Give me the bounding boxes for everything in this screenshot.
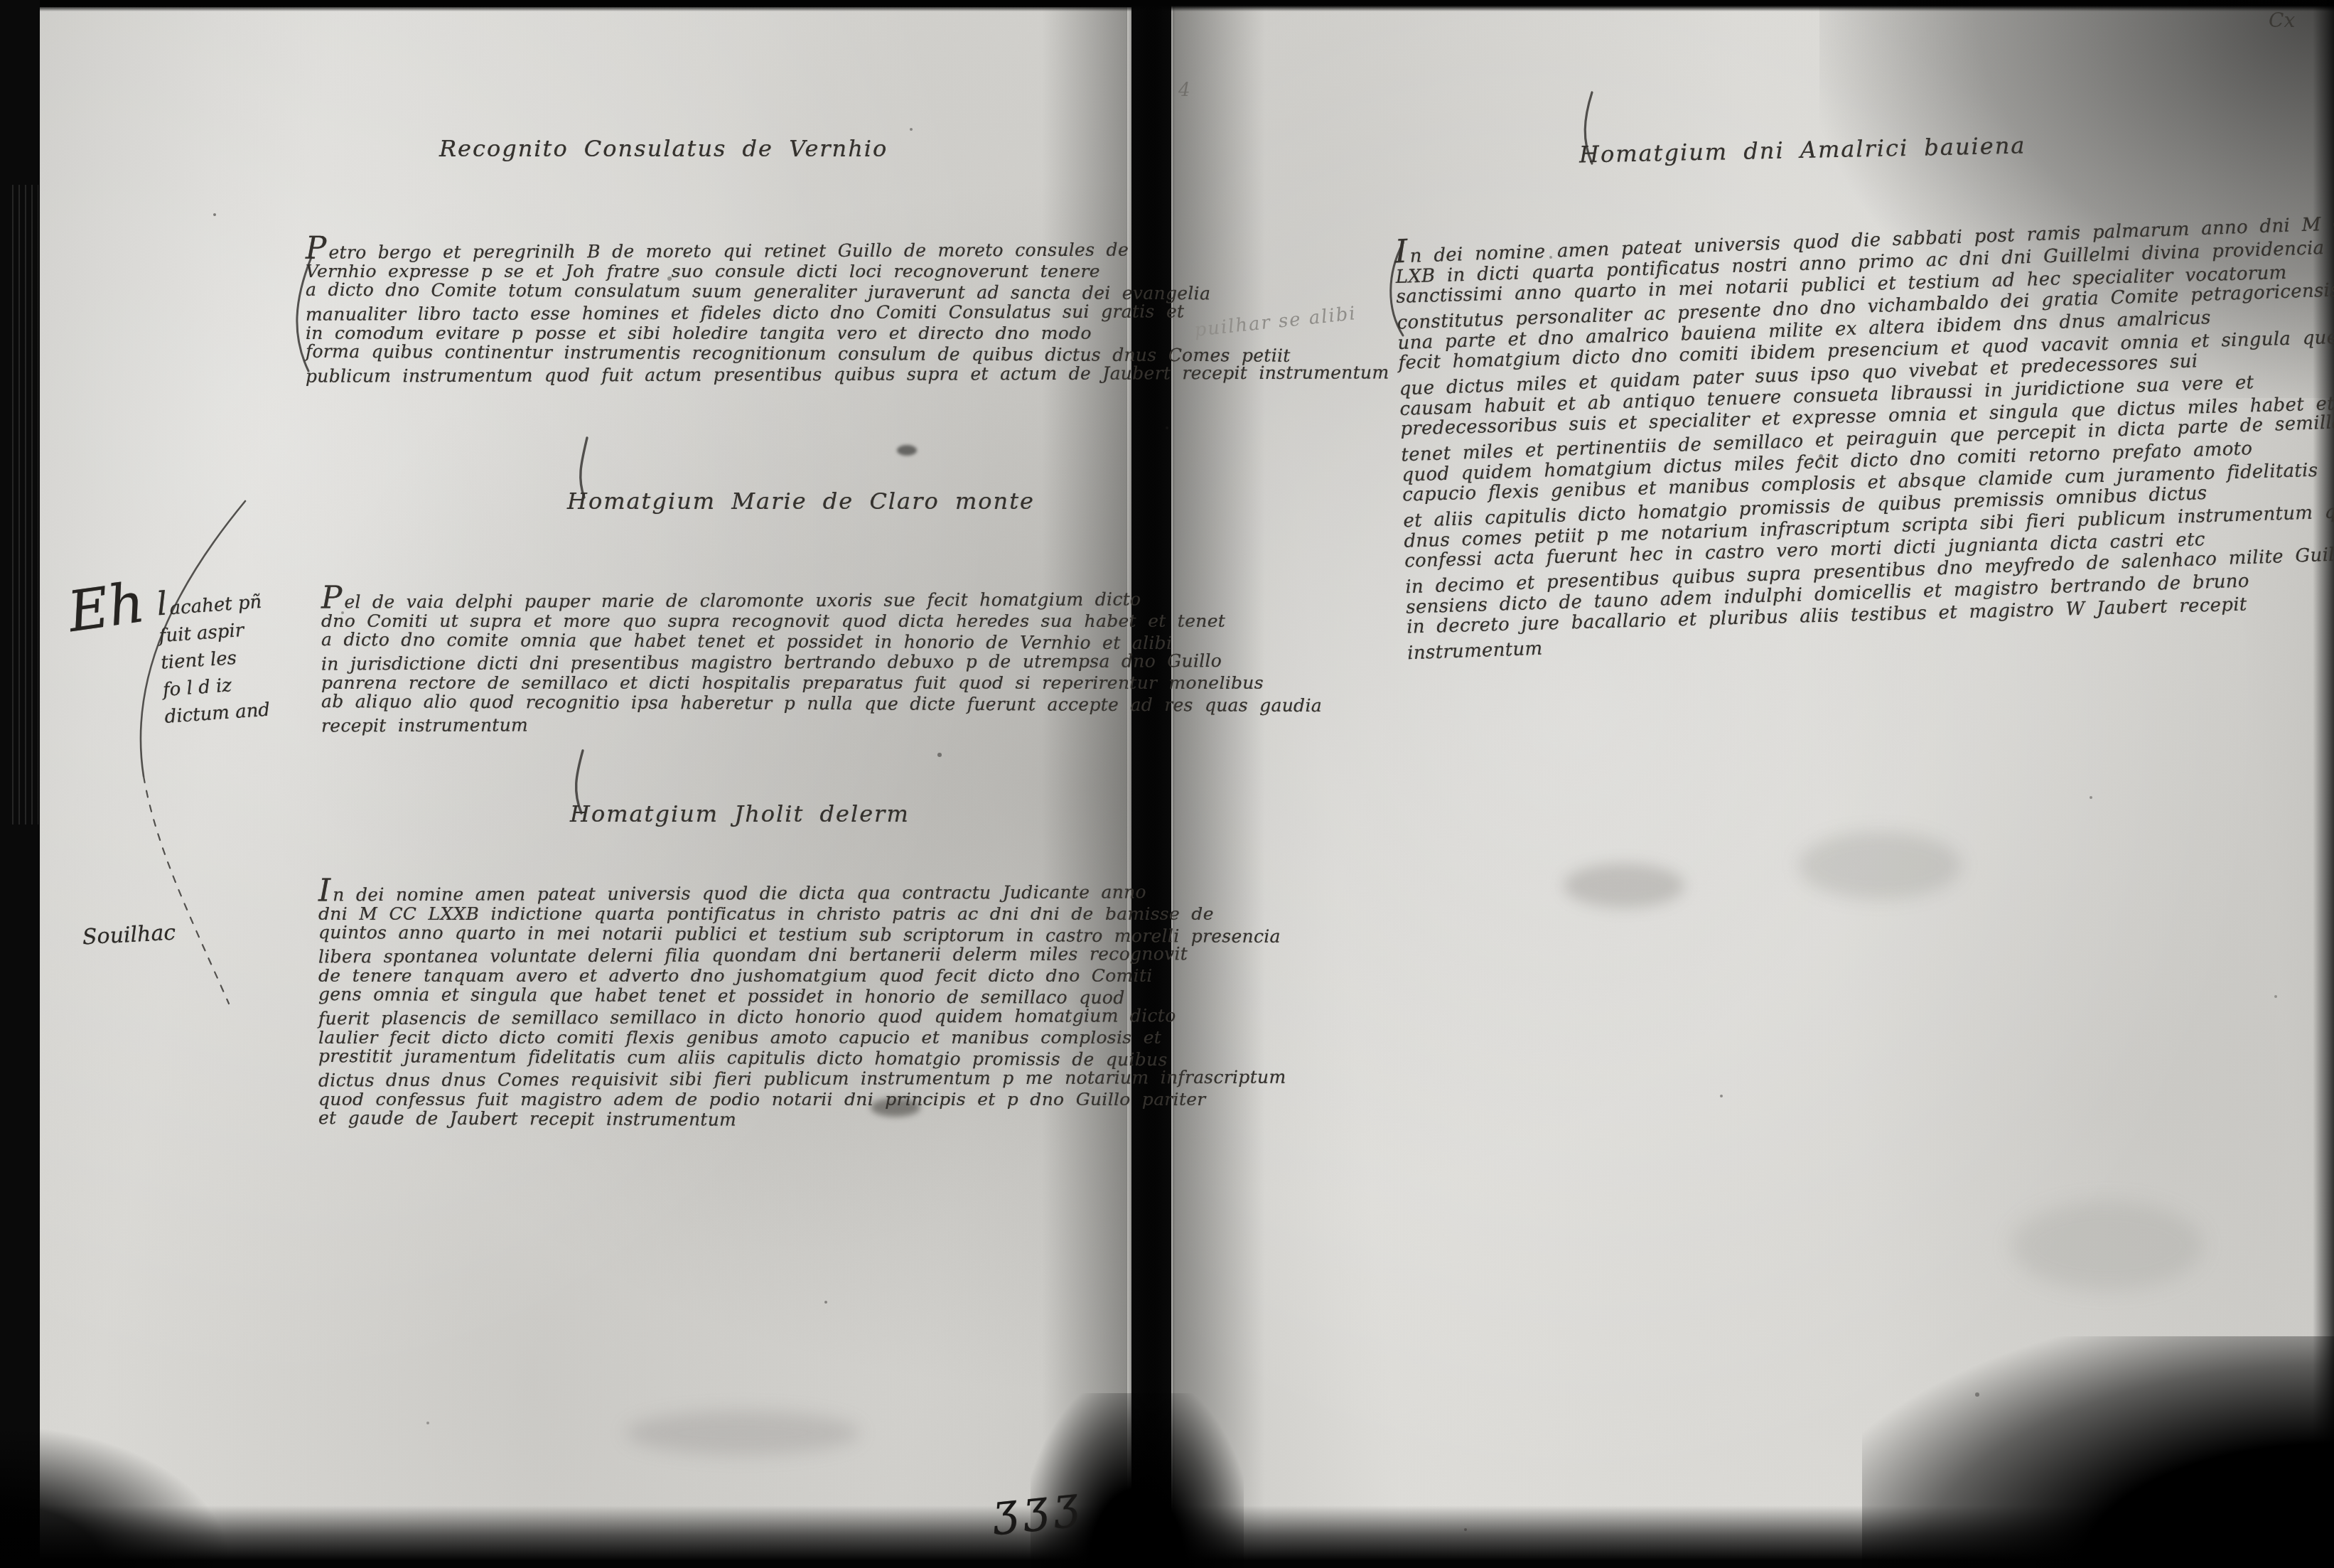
manuscript-line: fuerit plasencis de semillaco semillaco …	[318, 1005, 1286, 1029]
manuscript-line: dno Comiti ut supra et more quo supra re…	[321, 611, 1322, 631]
manuscript-line: Petro bergo et peregrinilh B de moreto q…	[306, 234, 1389, 262]
margin-note: lacahet pñfuit aspirtient lesfo l d izdi…	[156, 584, 271, 731]
gutter-mark: 4	[1178, 80, 1190, 101]
manuscript-line: panrena rectore de semillaco et dicti ho…	[321, 672, 1322, 693]
manuscript-line: In dei nomine amen pateat universis quod…	[318, 877, 1286, 906]
manuscript-line: in jurisdictione dicti dni presentibus m…	[321, 650, 1322, 675]
entry-heading-homage-jholit: Homatgium Jholit delerm	[570, 800, 910, 827]
entry-body-homage-jholit: In dei nomine amen pateat universis quod…	[318, 879, 1286, 1130]
manuscript-line: Vernhio expresse p se et Joh fratre suo …	[306, 261, 1389, 281]
entry-body-homage-marie: Pel de vaia delphi pauper marie de claro…	[321, 586, 1322, 734]
manuscript-line: et gaude de Jaubert recepit instrumentum	[318, 1107, 1286, 1132]
folio-number: Cx	[2269, 9, 2295, 32]
manuscript-line: de tenere tanquam avero et adverto dno j…	[318, 965, 1286, 986]
manuscript-line: recepit instrumentum	[321, 712, 1322, 736]
margin-initial: Eh	[64, 571, 149, 645]
manuscript-line: dictus dnus dnus Comes requisivit sibi f…	[318, 1067, 1286, 1091]
manuscript-line: Pel de vaia delphi pauper marie de claro…	[321, 584, 1322, 613]
left-edge-shadow	[0, 0, 40, 1568]
entry-body-homage-amalric: In dei nomine amen pateat universis quod…	[1394, 206, 2334, 663]
page-edge-streaks	[7, 185, 38, 825]
manuscript-line: quod confessus fuit magistro adem de pod…	[318, 1089, 1286, 1110]
entry-body-recognitio: Petro bergo et peregrinilh B de moreto q…	[306, 236, 1389, 385]
manuscript-spread: Recognito Consulatus de Vernhio Petro be…	[0, 0, 2334, 1568]
manuscript-line: publicum instrumentum quod fuit actum pr…	[306, 362, 1389, 386]
manuscript-line: laulier fecit dicto dicto comiti flexis …	[318, 1027, 1286, 1048]
manuscript-line: libera spontanea voluntate delerni filia…	[318, 943, 1286, 967]
entry-heading-homage-marie: Homatgium Marie de Claro monte	[567, 488, 1035, 515]
pen-trial-scribble: ʒʒʒ	[990, 1475, 1087, 1536]
entry-heading-recognitio: Recognito Consulatus de Vernhio	[439, 135, 888, 162]
margin-name-souilhac: Souilhac	[82, 920, 176, 950]
manuscript-line: dni M CC LXXB indictione quarta pontific…	[318, 903, 1286, 924]
